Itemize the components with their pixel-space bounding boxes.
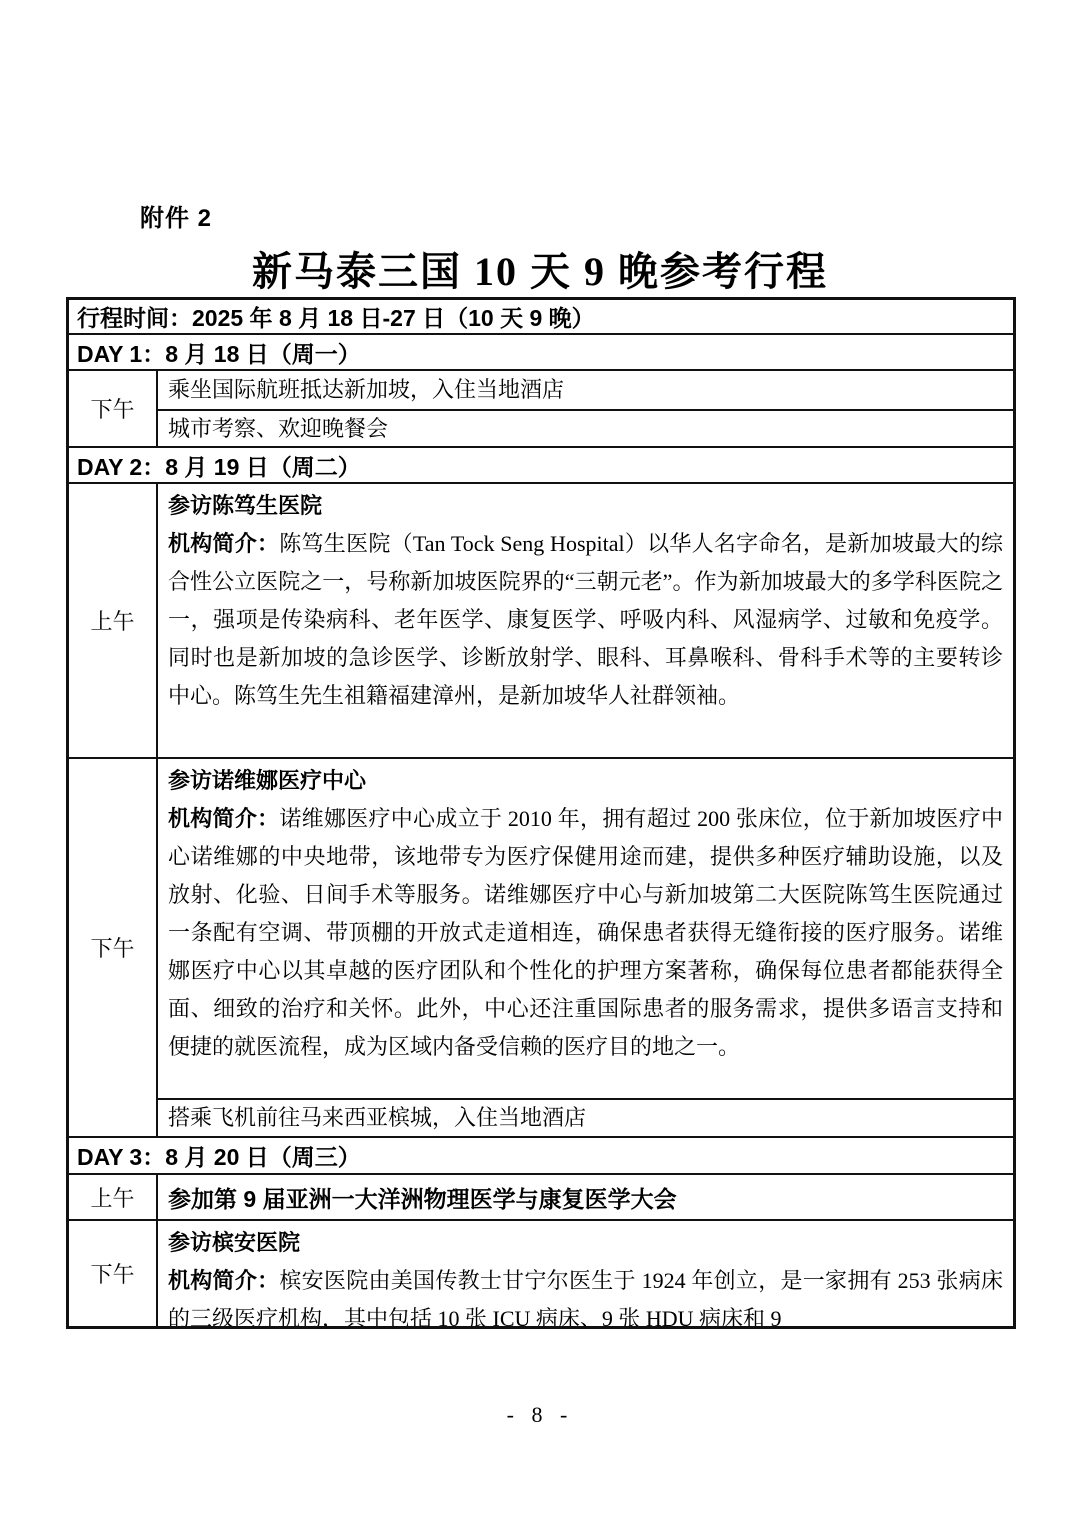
day2-morning-intro: 机构简介：陈笃生医院（Tan Tock Seng Hospital）以华人名字命… bbox=[168, 525, 1003, 715]
day2-afternoon-content: 参访诺维娜医疗中心 机构简介：诺维娜医疗中心成立于 2010 年，拥有超过 20… bbox=[158, 759, 1013, 1136]
itinerary-table: 行程时间：2025 年 8 月 18 日-27 日（10 天 9 晚） DAY … bbox=[66, 297, 1016, 1329]
day2-afternoon-period-label: 下午 bbox=[69, 759, 158, 1136]
day2-morning-content: 参访陈笃生医院 机构简介：陈笃生医院（Tan Tock Seng Hospita… bbox=[158, 484, 1013, 757]
intro-text: 槟安医院由美国传教士甘宁尔医生于 1924 年创立，是一家拥有 253 张病床的… bbox=[168, 1268, 1003, 1326]
day3-afternoon-block: 下午 参访槟安医院 机构简介：槟安医院由美国传教士甘宁尔医生于 1924 年创立… bbox=[69, 1221, 1013, 1326]
day2-header-row: DAY 2：8 月 19 日（周二） bbox=[69, 448, 1013, 484]
day2-morning-paragraph: 参访陈笃生医院 机构简介：陈笃生医院（Tan Tock Seng Hospita… bbox=[158, 484, 1013, 715]
day2-morning-period-label: 上午 bbox=[69, 484, 158, 757]
intro-label: 机构简介： bbox=[168, 1268, 279, 1293]
day3-afternoon-period-label: 下午 bbox=[69, 1221, 158, 1326]
day3-morning-block: 上午 参加第 9 届亚洲一大洋洲物理医学与康复医学大会 bbox=[69, 1175, 1013, 1221]
page-title: 新马泰三国 10 天 9 晚参考行程 bbox=[0, 240, 1080, 297]
day3-morning-period-label: 上午 bbox=[69, 1175, 158, 1219]
intro-text: 诺维娜医疗中心成立于 2010 年，拥有超过 200 张床位，位于新加坡医疗中心… bbox=[168, 806, 1003, 1059]
intro-text: 陈笃生医院（Tan Tock Seng Hospital）以华人名字命名，是新加… bbox=[168, 531, 1003, 708]
attachment-label: 附件 2 bbox=[140, 198, 212, 233]
day2-morning-block: 上午 参访陈笃生医院 机构简介：陈笃生医院（Tan Tock Seng Hosp… bbox=[69, 484, 1013, 759]
day2-afternoon-intro: 机构简介：诺维娜医疗中心成立于 2010 年，拥有超过 200 张床位，位于新加… bbox=[168, 800, 1003, 1066]
day1-afternoon-block: 下午 乘坐国际航班抵达新加坡，入住当地酒店 城市考察、欢迎晚餐会 bbox=[69, 371, 1013, 448]
day1-header-row: DAY 1：8 月 18 日（周一） bbox=[69, 335, 1013, 371]
trip-time-row: 行程时间：2025 年 8 月 18 日-27 日（10 天 9 晚） bbox=[69, 300, 1013, 335]
day3-header-row: DAY 3：8 月 20 日（周三） bbox=[69, 1138, 1013, 1175]
day3-afternoon-intro: 机构简介：槟安医院由美国传教士甘宁尔医生于 1924 年创立，是一家拥有 253… bbox=[168, 1262, 1003, 1326]
day1-period-label: 下午 bbox=[69, 371, 158, 446]
day3-afternoon-visit-title: 参访槟安医院 bbox=[168, 1224, 1003, 1262]
day3-morning-content: 参加第 9 届亚洲一大洋洲物理医学与康复医学大会 bbox=[158, 1175, 1013, 1219]
intro-label: 机构简介： bbox=[168, 531, 279, 556]
day2-afternoon-paragraph: 参访诺维娜医疗中心 机构简介：诺维娜医疗中心成立于 2010 年，拥有超过 20… bbox=[158, 759, 1013, 1098]
day3-afternoon-paragraph: 参访槟安医院 机构简介：槟安医院由美国传教士甘宁尔医生于 1924 年创立，是一… bbox=[158, 1221, 1013, 1326]
intro-label: 机构简介： bbox=[168, 806, 279, 831]
day1-activity-1: 乘坐国际航班抵达新加坡，入住当地酒店 bbox=[158, 371, 1013, 409]
day3-afternoon-content: 参访槟安医院 机构简介：槟安医院由美国传教士甘宁尔医生于 1924 年创立，是一… bbox=[158, 1221, 1013, 1326]
day1-activity-2: 城市考察、欢迎晚餐会 bbox=[158, 409, 1013, 446]
day1-activities: 乘坐国际航班抵达新加坡，入住当地酒店 城市考察、欢迎晚餐会 bbox=[158, 371, 1013, 446]
day2-afternoon-visit-title: 参访诺维娜医疗中心 bbox=[168, 762, 1003, 800]
day3-morning-activity: 参加第 9 届亚洲一大洋洲物理医学与康复医学大会 bbox=[158, 1175, 1013, 1219]
day2-transfer-activity: 搭乘飞机前往马来西亚槟城，入住当地酒店 bbox=[158, 1098, 1013, 1136]
page-number: - 8 - bbox=[0, 1402, 1080, 1428]
day2-morning-visit-title: 参访陈笃生医院 bbox=[168, 487, 1003, 525]
day2-afternoon-block: 下午 参访诺维娜医疗中心 机构简介：诺维娜医疗中心成立于 2010 年，拥有超过… bbox=[69, 759, 1013, 1138]
